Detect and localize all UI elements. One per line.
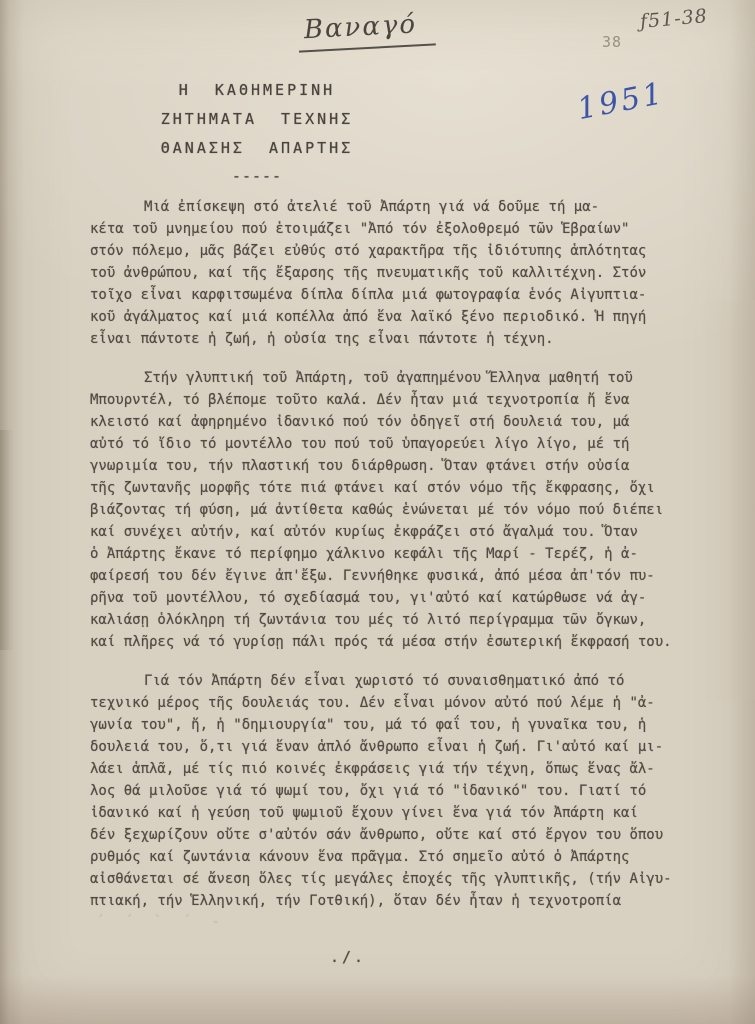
typed-paragraph: Γιά τόν Ἀπάρτη δέν εἶναι χωριστό τό συνα…: [90, 670, 690, 912]
publication-title: Η ΚΑΘΗΜΕΡΙΝΗ: [92, 76, 422, 105]
typed-body: Μιά ἐπίσκεψη στό ἀτελιέ τοῦ Ἀπάρτη γιά ν…: [90, 196, 690, 929]
pencil-page-number: 38: [602, 33, 622, 51]
right-edge-highlight: [700, 300, 755, 700]
handwritten-name-annotation: Βαναγό: [297, 8, 436, 52]
typed-paragraph: Μιά ἐπίσκεψη στό ἀτελιέ τοῦ Ἀπάρτη γιά ν…: [90, 196, 690, 350]
erased-line-traces: ´ ´ ` ´ -: [96, 914, 226, 930]
left-edge-shadow: [0, 430, 14, 650]
author-name: ΘΑΝΑΣΗΣ ΑΠΑΡΤΗΣ: [92, 134, 422, 163]
document-header: Η ΚΑΘΗΜΕΡΙΝΗ ΖΗΤΗΜΑΤΑ ΤΕΧΝΗΣ ΘΑΝΑΣΗΣ ΑΠΑ…: [92, 76, 422, 189]
continuation-mark: ./.: [330, 948, 366, 966]
archive-reference-annotation: ƒ51-38: [639, 5, 708, 33]
handwritten-year-annotation: 1951: [574, 76, 667, 127]
document-page: Βαναγό 38 ƒ51-38 1951 Η ΚΑΘΗΜΕΡΙΝΗ ΖΗΤΗΜ…: [0, 0, 755, 1024]
header-divider: -----: [92, 163, 422, 189]
column-title: ΖΗΤΗΜΑΤΑ ΤΕΧΝΗΣ: [92, 105, 422, 134]
typed-paragraph: Στήν γλυπτική τοῦ Ἀπάρτη, τοῦ ἀγαπημένου…: [90, 367, 690, 653]
